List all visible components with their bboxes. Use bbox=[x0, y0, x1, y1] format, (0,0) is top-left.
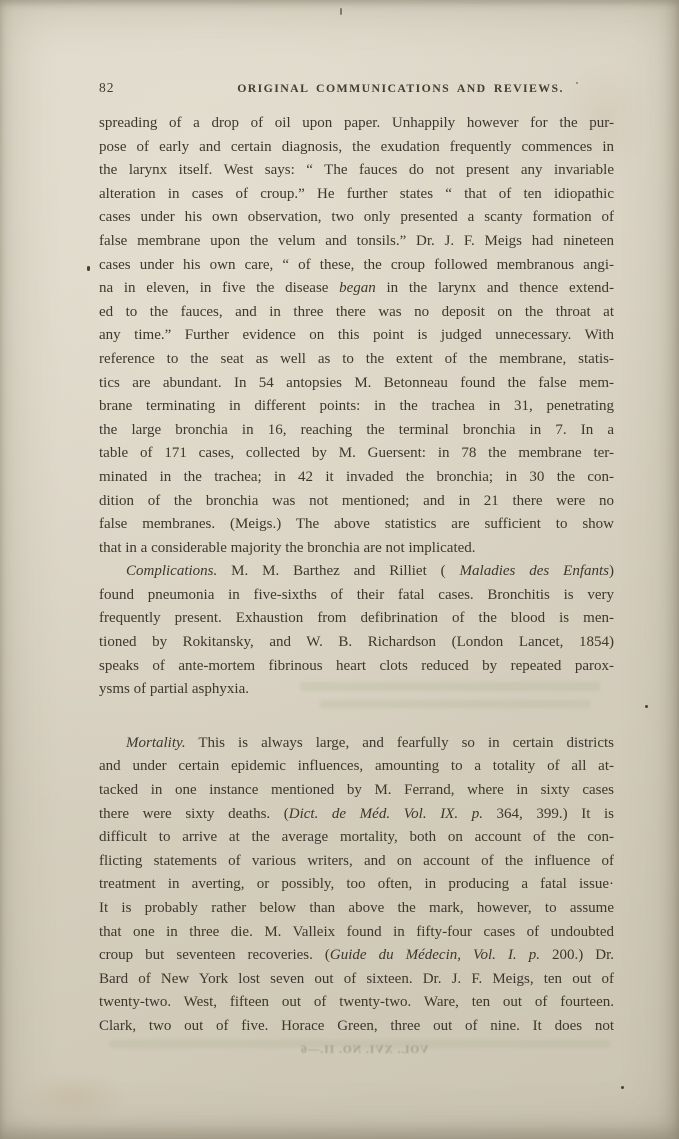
italic-text: began bbox=[339, 280, 376, 296]
italic-text: Dict. de Méd. Vol. IX. p. bbox=[289, 806, 483, 822]
text-segment: Bard of New York lost seven out of sixte… bbox=[99, 971, 614, 987]
paragraph: Complications. M. M. Barthez and Rilliet… bbox=[99, 560, 614, 702]
text-segment: brane terminating in different points: i… bbox=[99, 398, 614, 414]
text-line: cases under his own observation, two onl… bbox=[99, 206, 614, 230]
text-segment: ed to the fauces, and in three there was… bbox=[99, 304, 614, 320]
text-segment: found pneumonia in five-sixths of their … bbox=[99, 587, 614, 603]
text-line: false membrane upon the velum and tonsil… bbox=[99, 230, 614, 254]
text-line: minated in the trachea; in 42 it invaded… bbox=[99, 466, 614, 490]
text-line: reference to the seat as well as to the … bbox=[99, 348, 614, 372]
text-segment: in the larynx and thence extend- bbox=[376, 280, 614, 296]
text-line: and under certain epidemic influences, a… bbox=[99, 755, 614, 779]
text-segment: speaks of ante-mortem fibrinous heart cl… bbox=[99, 658, 614, 674]
text-line: ed to the fauces, and in three there was… bbox=[99, 301, 614, 325]
text-segment: table of 171 cases, collected by M. Guer… bbox=[99, 445, 614, 461]
text-line: dition of the bronchia was not mentioned… bbox=[99, 490, 614, 514]
text-segment: dition of the bronchia was not mentioned… bbox=[99, 493, 614, 509]
text-line: twenty-two. West, fifteen out of twenty-… bbox=[99, 991, 614, 1015]
running-title: ORIGINAL COMMUNICATIONS AND REVIEWS. bbox=[187, 81, 614, 96]
paragraph: Mortality. This is always large, and fea… bbox=[99, 732, 614, 1039]
ink-speck bbox=[340, 8, 342, 15]
text-segment: false membranes. (Meigs.) The above stat… bbox=[99, 516, 614, 532]
text-segment: twenty-two. West, fifteen out of twenty-… bbox=[99, 994, 614, 1010]
italic-text: Maladies des Enfants bbox=[460, 563, 609, 579]
text-line: treatment in averting, or possibly, too … bbox=[99, 873, 614, 897]
text-segment: spreading of a drop of oil upon paper. U… bbox=[99, 115, 614, 131]
text-segment: the larynx itself. West says: “ The fauc… bbox=[99, 162, 614, 178]
text-line: Bard of New York lost seven out of sixte… bbox=[99, 968, 614, 992]
text-line: croup but seventeen recoveries. (Guide d… bbox=[99, 944, 614, 968]
text-segment: alteration in cases of croup.” He furthe… bbox=[99, 186, 614, 202]
text-segment: the large bronchia in 16, reaching the t… bbox=[99, 422, 614, 438]
page-body: spreading of a drop of oil upon paper. U… bbox=[99, 112, 614, 1039]
text-line: difficult to arrive at the average morta… bbox=[99, 826, 614, 850]
text-line: table of 171 cases, collected by M. Guer… bbox=[99, 442, 614, 466]
text-line: frequently present. Exhaustion from defi… bbox=[99, 607, 614, 631]
text-segment: 364, 399.) It is bbox=[483, 806, 614, 822]
text-line: alteration in cases of croup.” He furthe… bbox=[99, 183, 614, 207]
text-line: there were sixty deaths. (Dict. de Méd. … bbox=[99, 803, 614, 827]
text-segment: M. M. Barthez and Rilliet ( bbox=[217, 563, 459, 579]
text-segment: tics are abundant. In 54 antopsies M. Be… bbox=[99, 375, 614, 391]
text-line: pose of early and certain diagnosis, the… bbox=[99, 136, 614, 160]
italic-text: Guide du Médecin, Vol. I. p. bbox=[330, 947, 540, 963]
text-line: flicting statements of various writers, … bbox=[99, 850, 614, 874]
page-number: 82 bbox=[99, 80, 187, 96]
text-line: spreading of a drop of oil upon paper. U… bbox=[99, 112, 614, 136]
italic-text: Mortality. bbox=[126, 735, 186, 751]
text-line: cases under his own care, “ of these, th… bbox=[99, 254, 614, 278]
text-segment: false membrane upon the velum and tonsil… bbox=[99, 233, 614, 249]
text-segment: difficult to arrive at the average morta… bbox=[99, 829, 614, 845]
ink-speck bbox=[576, 82, 578, 84]
text-segment: ) bbox=[609, 563, 614, 579]
text-segment: that one in three die. M. Valleix found … bbox=[99, 924, 614, 940]
page-header: 82 ORIGINAL COMMUNICATIONS AND REVIEWS. bbox=[99, 80, 614, 98]
text-segment: na in eleven, in five the disease bbox=[99, 280, 339, 296]
show-through-smudge bbox=[110, 1040, 610, 1048]
ink-speck bbox=[87, 266, 90, 271]
text-segment: Clark, two out of five. Horace Green, th… bbox=[99, 1018, 614, 1034]
text-line: tacked in one instance mentioned by M. F… bbox=[99, 779, 614, 803]
text-segment: It is probably rather below than above t… bbox=[99, 900, 614, 916]
italic-text: Complications. bbox=[126, 563, 217, 579]
text-segment: frequently present. Exhaustion from defi… bbox=[99, 610, 614, 626]
text-segment: cases under his own observation, two onl… bbox=[99, 209, 614, 225]
text-line: tioned by Rokitansky, and W. B. Richards… bbox=[99, 631, 614, 655]
text-line: speaks of ante-mortem fibrinous heart cl… bbox=[99, 655, 614, 679]
text-line: the large bronchia in 16, reaching the t… bbox=[99, 419, 614, 443]
text-segment: tioned by Rokitansky, and W. B. Richards… bbox=[99, 634, 614, 650]
paragraph: spreading of a drop of oil upon paper. U… bbox=[99, 112, 614, 560]
text-line: that in a considerable majority the bron… bbox=[99, 537, 614, 561]
book-page: 82 ORIGINAL COMMUNICATIONS AND REVIEWS. … bbox=[0, 0, 679, 1139]
text-line: Clark, two out of five. Horace Green, th… bbox=[99, 1015, 614, 1039]
text-segment: there were sixty deaths. ( bbox=[99, 806, 289, 822]
text-line: found pneumonia in five-sixths of their … bbox=[99, 584, 614, 608]
text-line: brane terminating in different points: i… bbox=[99, 395, 614, 419]
text-line: ysms of partial asphyxia. bbox=[99, 678, 614, 702]
text-line: false membranes. (Meigs.) The above stat… bbox=[99, 513, 614, 537]
text-segment: tacked in one instance mentioned by M. F… bbox=[99, 782, 614, 798]
text-line: any time.” Further evidence on this poin… bbox=[99, 324, 614, 348]
text-segment: and under certain epidemic influences, a… bbox=[99, 758, 614, 774]
text-segment: ysms of partial asphyxia. bbox=[99, 681, 249, 697]
text-line: Mortality. This is always large, and fea… bbox=[99, 732, 614, 756]
show-through-text: VOL. XVI. NO. II.—6 bbox=[300, 1044, 428, 1056]
text-segment: reference to the seat as well as to the … bbox=[99, 351, 614, 367]
text-segment: pose of early and certain diagnosis, the… bbox=[99, 139, 614, 155]
text-segment: that in a considerable majority the bron… bbox=[99, 540, 476, 556]
paper-stain bbox=[18, 1070, 128, 1125]
text-segment: any time.” Further evidence on this poin… bbox=[99, 327, 614, 343]
text-line: the larynx itself. West says: “ The fauc… bbox=[99, 159, 614, 183]
text-segment: flicting statements of various writers, … bbox=[99, 853, 614, 869]
text-segment: This is always large, and fearfully so i… bbox=[186, 735, 614, 751]
text-line: It is probably rather below than above t… bbox=[99, 897, 614, 921]
ink-speck bbox=[645, 705, 648, 708]
text-line: that one in three die. M. Valleix found … bbox=[99, 921, 614, 945]
text-segment: 200.) Dr. bbox=[540, 947, 614, 963]
text-line: Complications. M. M. Barthez and Rilliet… bbox=[99, 560, 614, 584]
ink-speck bbox=[621, 1086, 624, 1089]
text-segment: croup but seventeen recoveries. ( bbox=[99, 947, 330, 963]
text-segment: minated in the trachea; in 42 it invaded… bbox=[99, 469, 614, 485]
text-segment: cases under his own care, “ of these, th… bbox=[99, 257, 614, 273]
text-segment: treatment in averting, or possibly, too … bbox=[99, 876, 614, 892]
text-line: tics are abundant. In 54 antopsies M. Be… bbox=[99, 372, 614, 396]
text-line: na in eleven, in five the disease began … bbox=[99, 277, 614, 301]
